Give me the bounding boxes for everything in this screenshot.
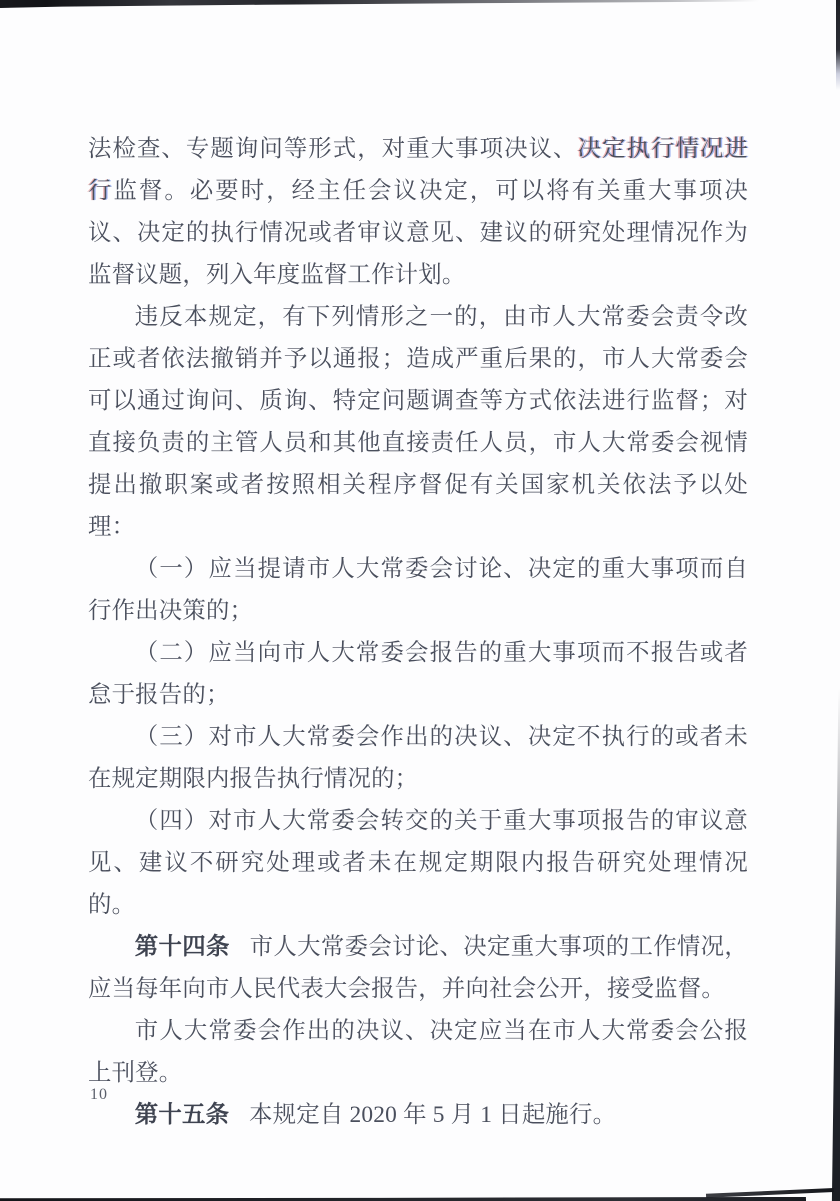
scan-edge-top	[0, 0, 775, 8]
paragraph-text: 本规定自 2020 年 5 月 1 日起施行。	[249, 1102, 616, 1128]
scan-edge-bottom	[0, 1192, 806, 1201]
paragraph-continuation: 法检查、专题询问等形式，对重大事项决议、决定执行情况进行监督。必要时，经主任会议…	[88, 128, 748, 296]
paragraph-text: （一）应当提请市人大常委会讨论、决定的重大事项而自行作出决策的；	[88, 556, 748, 624]
paragraph-violations: 违反本规定，有下列情形之一的，由市人大常委会责令改正或者依法撤销并予以通报；造成…	[88, 296, 748, 548]
list-item-2: （二）应当向市人大常委会报告的重大事项而不报告或者怠于报告的；	[88, 632, 748, 716]
paragraph-text: （二）应当向市人大常委会报告的重大事项而不报告或者怠于报告的；	[88, 640, 748, 708]
article-14-publication: 市人大常委会作出的决议、决定应当在市人大常委会公报上刊登。	[88, 1010, 748, 1094]
article-15: 第十五条本规定自 2020 年 5 月 1 日起施行。	[88, 1094, 748, 1136]
scan-edge-right-bottom	[831, 688, 840, 1201]
paragraph-text: （四）对市人大常委会转交的关于重大事项报告的审议意见、建议不研究处理或者未在规定…	[88, 808, 748, 918]
article-number-bold: 第十五条	[135, 1102, 229, 1128]
paragraph-text: 违反本规定，有下列情形之一的，由市人大常委会责令改正或者依法撤销并予以通报；造成…	[88, 304, 748, 540]
list-item-3: （三）对市人大常委会作出的决议、决定不执行的或者未在规定期限内报告执行情况的；	[88, 716, 748, 800]
scan-edge-bottom-diagonal	[706, 1188, 834, 1198]
list-item-1: （一）应当提请市人大常委会讨论、决定的重大事项而自行作出决策的；	[88, 548, 748, 632]
document-page: { "page": { "number": "10", "background_…	[0, 0, 840, 1201]
page-number: 10	[90, 1086, 108, 1104]
scan-edge-right-top	[836, 0, 840, 90]
list-item-4: （四）对市人大常委会转交的关于重大事项报告的审议意见、建议不研究处理或者未在规定…	[88, 800, 748, 926]
paragraph-text: 监督。必要时，经主任会议决定，可以将有关重大事项决议、决定的执行情况或者审议意见…	[88, 178, 748, 288]
paragraph-text: （三）对市人大常委会作出的决议、决定不执行的或者未在规定期限内报告执行情况的；	[88, 724, 748, 792]
paragraph-text: 市人大常委会作出的决议、决定应当在市人大常委会公报上刊登。	[88, 1018, 748, 1086]
article-number-bold: 第十四条	[135, 934, 230, 960]
document-body: 法检查、专题询问等形式，对重大事项决议、决定执行情况进行监督。必要时，经主任会议…	[88, 128, 748, 1136]
article-14: 第十四条市人大常委会讨论、决定重大事项的工作情况，应当每年向市人民代表大会报告，…	[88, 926, 748, 1010]
paragraph-text: 法检查、专题询问等形式，对重大事项决议、	[88, 136, 578, 162]
